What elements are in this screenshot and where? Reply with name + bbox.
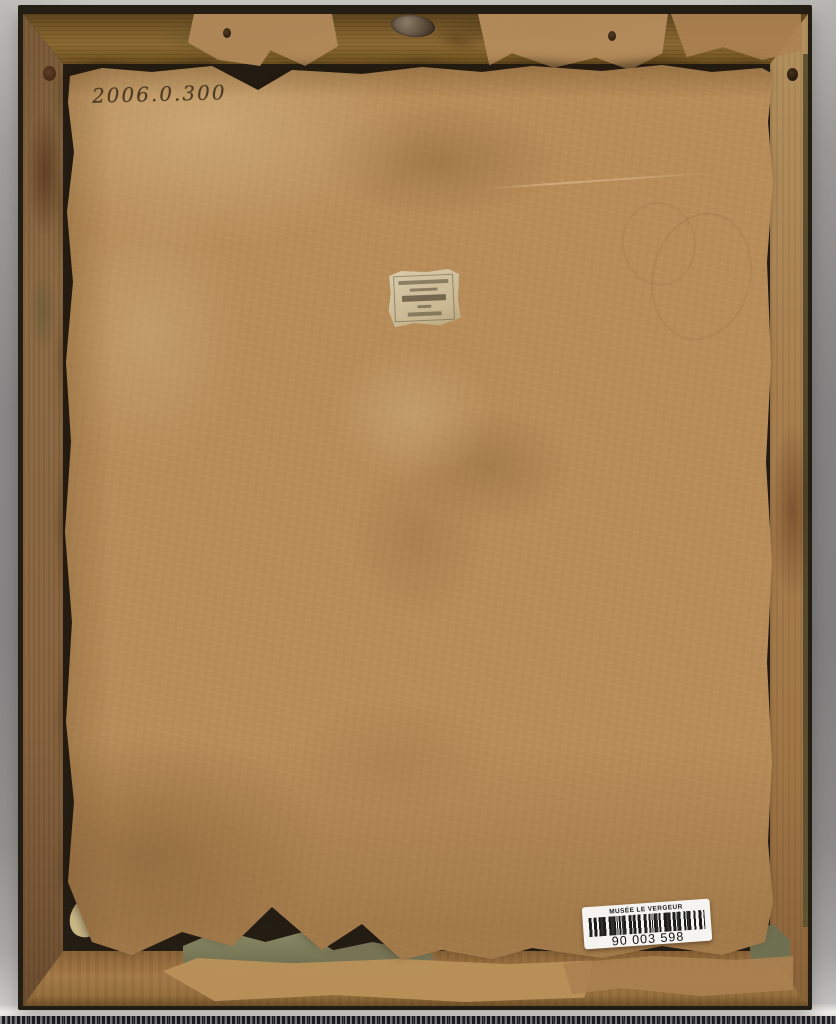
barcode-sticker: MUSÉE LE VERGEUR 90 003 598 [582, 899, 713, 950]
frame-rail-left [23, 14, 63, 1006]
frame-rail-right [770, 14, 808, 1006]
crease-mark [482, 172, 707, 190]
torn-paper-tape [563, 956, 793, 996]
photo-scene: 2006.0.300 MUSÉE LE VERGEUR [0, 0, 836, 1024]
old-museum-label [387, 268, 461, 327]
wood-knot [43, 66, 56, 81]
illegible-text-line [417, 305, 431, 309]
frame-inner: 2006.0.300 MUSÉE LE VERGEUR [23, 14, 808, 1006]
nail-hole [608, 31, 616, 41]
accession-number-inscription: 2006.0.300 [92, 80, 227, 108]
torn-paper-tape [163, 958, 593, 1002]
nail-hole [223, 28, 231, 38]
backing-board: 2006.0.300 MUSÉE LE VERGEUR [62, 62, 774, 962]
nail-hole [787, 68, 798, 81]
backing-board-wrap: 2006.0.300 MUSÉE LE VERGEUR [62, 62, 774, 962]
dark-floor-edge [0, 1016, 836, 1024]
frame-edge-sliver [803, 54, 808, 927]
picture-frame-back: 2006.0.300 MUSÉE LE VERGEUR [18, 5, 812, 1010]
